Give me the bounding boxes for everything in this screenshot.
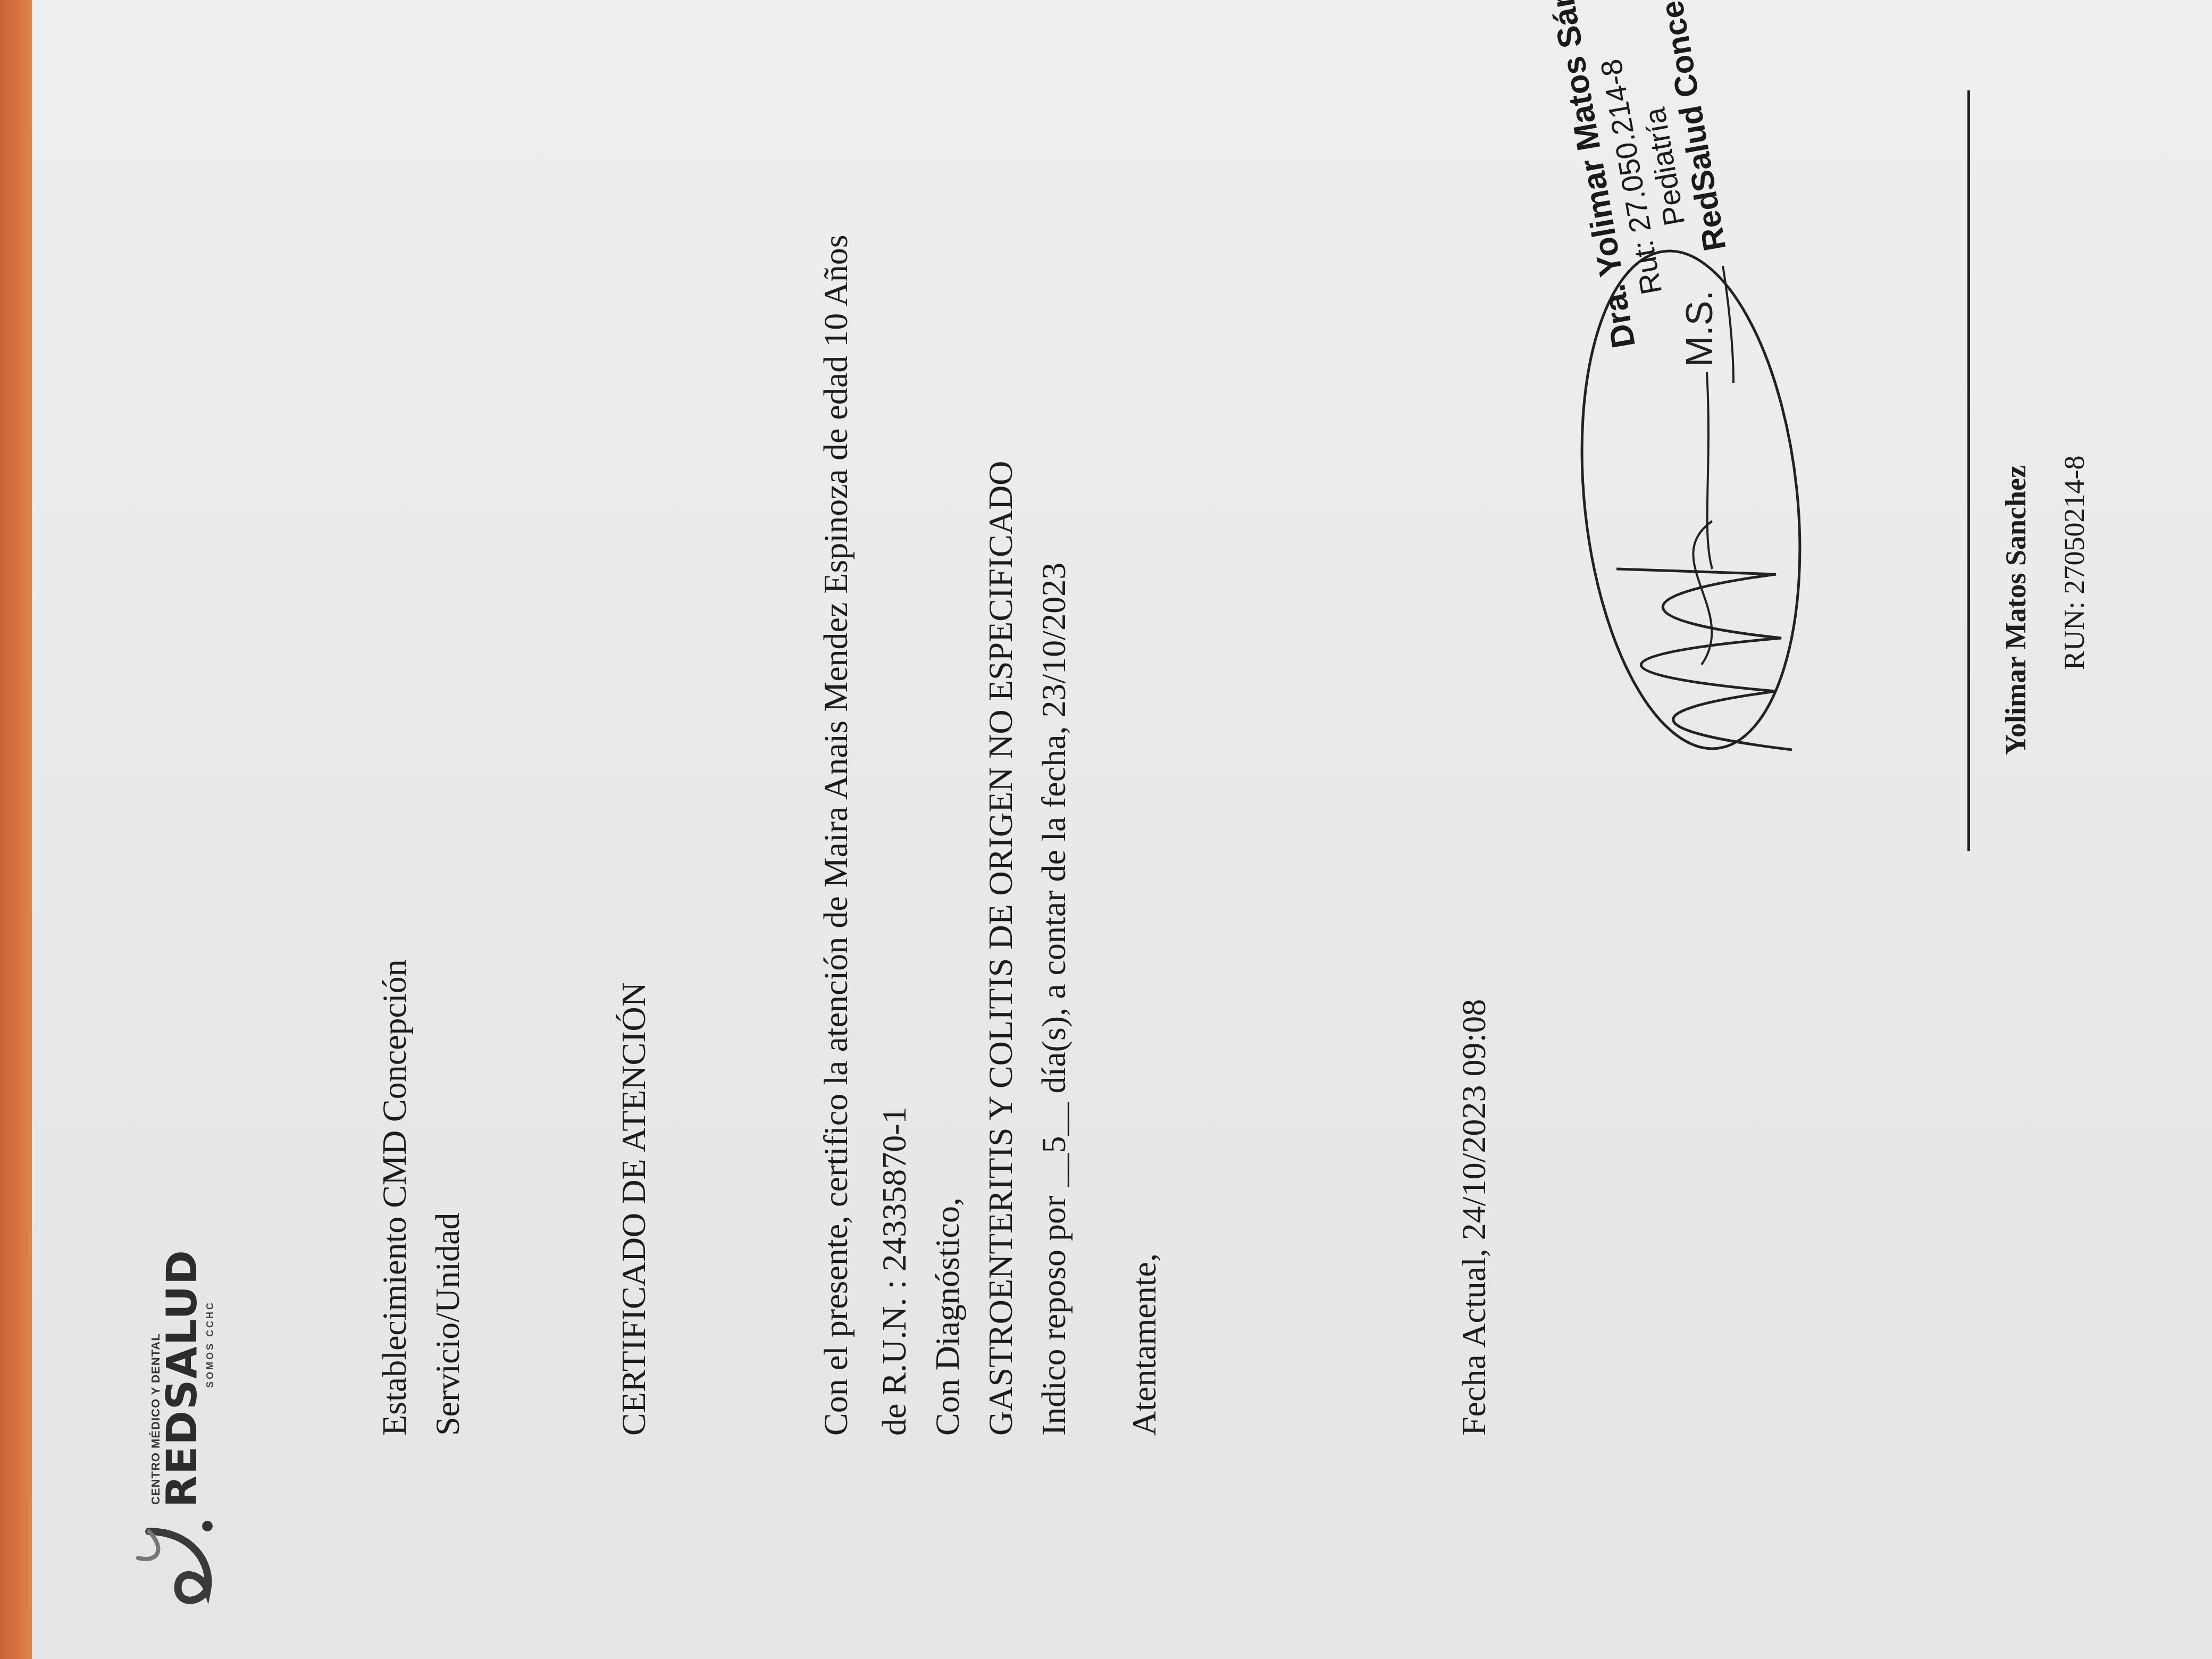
rest-days: 5 — [1035, 1136, 1073, 1153]
rest-prefix: Indico reposo por __ — [1035, 1153, 1073, 1436]
logo-tagline: SOMOS CCHC — [205, 1301, 216, 1388]
unit-line: Servicio/Unidad — [431, 1213, 465, 1436]
establishment-line: Establecimiento CMD Concepción — [378, 959, 412, 1436]
body-line-diagnosis-label: Con Diagnóstico, — [931, 1197, 965, 1436]
current-date: Fecha Actual, 24/10/2023 09:08 — [1457, 999, 1491, 1436]
printed-doctor-name: Yolimar Matos Sanchez — [1999, 465, 2032, 755]
printed-doctor-run: RUN: 27050214-8 — [2058, 456, 2091, 671]
rest-suffix: __ día(s), a contar de la fecha, 23/10/2… — [1035, 563, 1073, 1136]
rest-line: Indico reposo por __5__ día(s), a contar… — [1037, 563, 1071, 1436]
body-line-run: de R.U.N. : 24335870-1 — [877, 1107, 911, 1436]
signature-rule — [1967, 90, 1970, 851]
certificate-document: CENTRO MÉDICO Y DENTAL REDSALUD SOMOS CC… — [32, 0, 2212, 1659]
diagnosis-text: GASTROENTERITIS Y COLITIS DE ORIGEN NO E… — [984, 461, 1018, 1436]
redsalud-logo: CENTRO MÉDICO Y DENTAL REDSALUD SOMOS CC… — [128, 1281, 223, 1611]
certificate-title: CERTIFICADO DE ATENCIÓN — [617, 982, 651, 1436]
logo-brand: REDSALUD — [158, 1249, 206, 1507]
body-line-1: Con el presente, certifico la atención d… — [819, 234, 853, 1436]
logo-swirl-icon — [128, 1521, 223, 1611]
closing-text: Atentamente, — [1127, 1253, 1161, 1436]
